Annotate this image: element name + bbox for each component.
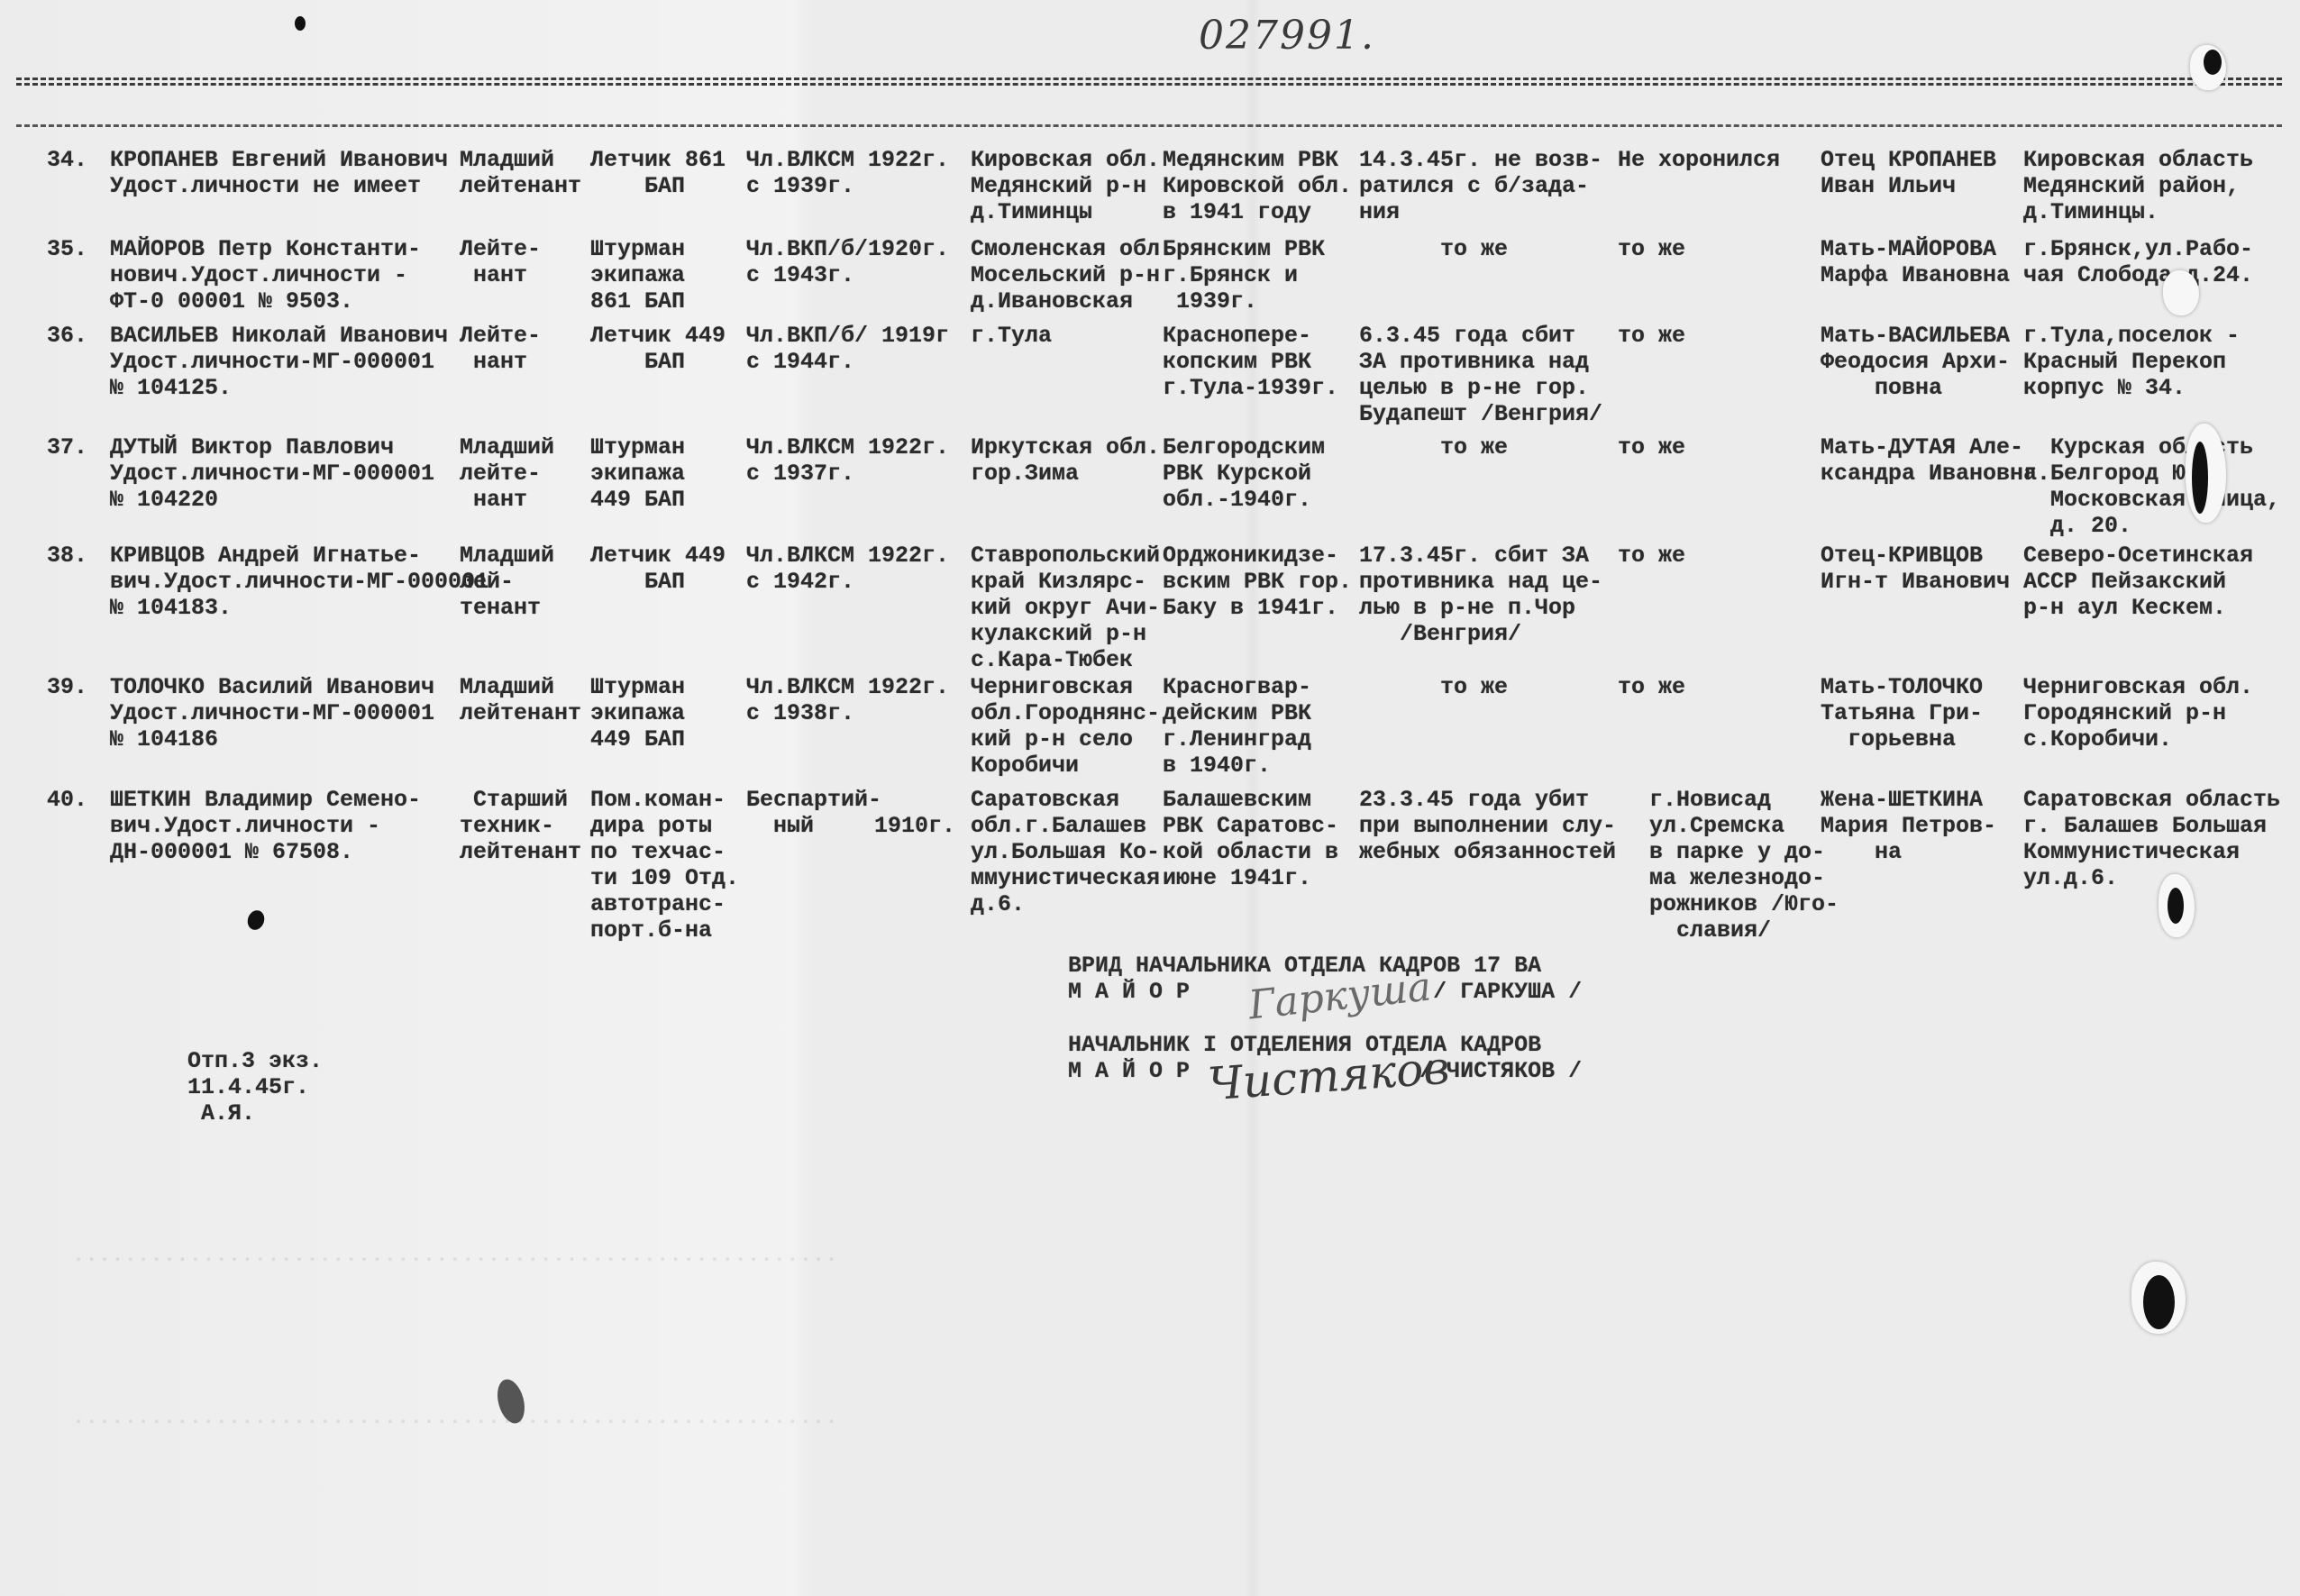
draft-office: Белгородским РВК Курской обл.-1940г. <box>1163 434 1325 513</box>
death-info: 14.3.45г. не возв- ратился с б/зада- ния <box>1359 147 1602 225</box>
copy-note: Отп.3 экз. 11.4.45г. А.Я. <box>187 1048 323 1126</box>
paper-hole <box>2163 270 2199 315</box>
death-info: 23.3.45 года убит при выполнении слу- же… <box>1359 787 1616 865</box>
draft-office: Краснопере- копским РВК г.Тула-1939г. <box>1163 323 1338 401</box>
copy-note-line: 11.4.45г. <box>187 1074 323 1100</box>
next-of-kin: Мать-ТОЛОЧКО Татьяна Гри- горьевна <box>1821 674 1983 752</box>
party-membership: Чл.ВЛКСМ 1922г. с 1938г. <box>746 674 949 726</box>
position: Летчик 861 БАП <box>590 147 726 199</box>
person-name: КРОПАНЕВ Евгений Иванович Удост.личности… <box>110 147 448 199</box>
person-name: МАЙОРОВ Петр Константи- нович.Удост.личн… <box>110 236 421 315</box>
party-membership: Беспартий- ный <box>746 787 881 839</box>
row-number: 38. <box>47 543 87 569</box>
ink-stain <box>245 908 267 933</box>
person-name: ДУТЫЙ Виктор Павлович Удост.личности-МГ-… <box>110 434 434 513</box>
burial-place: то же <box>1618 236 1685 262</box>
military-rank: Старший техник- лейтенант <box>460 787 581 865</box>
row-number: 36. <box>47 323 87 349</box>
next-of-kin: Мать-ВАСИЛЬЕВА Феодосия Архи- повна <box>1821 323 2010 401</box>
birthplace: Смоленская обл. Мосельский р-н д.Ивановс… <box>971 236 1173 315</box>
draft-office: Орджоникидзе- вским РВК гор. Баку в 1941… <box>1163 543 1352 621</box>
person-name: КРИВЦОВ Андрей Игнатье- вич.Удост.личнос… <box>110 543 488 621</box>
position: Штурман экипажа 449 БАП <box>590 674 685 752</box>
kin-address: г.Тула,поселок - Красный Перекоп корпус … <box>2023 323 2240 401</box>
kin-address: Курская область г.Белгород Юно- Московск… <box>2023 434 2280 539</box>
ink-stain <box>2168 888 2184 924</box>
row-number: 40. <box>47 787 87 813</box>
position: Летчик 449 БАП <box>590 543 726 595</box>
bleed-through-text: ........................................… <box>72 1244 838 1268</box>
position: Штурман экипажа 449 БАП <box>590 434 685 513</box>
birthplace: Иркутская обл. гор.Зима <box>971 434 1160 487</box>
burial-place: то же <box>1618 674 1685 700</box>
next-of-kin: Мать-МАЙОРОВА Марфа Ивановна <box>1821 236 2010 288</box>
next-of-kin: Жена-ШЕТКИНА Мария Петров- на <box>1821 787 1996 865</box>
military-rank: Лейте- нант <box>460 236 541 288</box>
military-rank: Младший лейтенант <box>460 147 581 199</box>
ink-stain <box>2192 442 2208 514</box>
death-info: 6.3.45 года сбит ЗА противника над целью… <box>1359 323 1602 427</box>
row-number: 34. <box>47 147 87 173</box>
birth-year: 1910г. <box>874 813 955 839</box>
person-name: ВАСИЛЬЕВ Николай Иванович Удост.личности… <box>110 323 448 401</box>
death-info: то же <box>1359 674 1508 700</box>
next-of-kin: Отец-КРИВЦОВ Игн-т Иванович <box>1821 543 2010 595</box>
copy-note-line: А.Я. <box>187 1100 323 1126</box>
copy-note-line: Отп.3 экз. <box>187 1048 323 1074</box>
birthplace: Черниговская обл.Городнянс- кий р-н село… <box>971 674 1160 779</box>
burial-place: то же <box>1618 543 1685 569</box>
header-double-rule <box>16 78 2282 80</box>
party-membership: Чл.ВЛКСМ 1922г. с 1937г. <box>746 434 949 487</box>
military-rank: Младший лейте- нант <box>460 434 554 513</box>
burial-place: то же <box>1618 434 1685 461</box>
ink-stain <box>295 16 306 31</box>
header-double-rule <box>16 83 2282 86</box>
death-info: то же <box>1359 434 1508 461</box>
draft-office: Брянским РВК г.Брянск и 1939г. <box>1163 236 1325 315</box>
next-of-kin: Мать-ДУТАЯ Але- ксандра Ивановна <box>1821 434 2037 487</box>
party-membership: Чл.ВЛКСМ 1922г. с 1942г. <box>746 543 949 595</box>
party-membership: Чл.ВКП/б/ 1919г с 1944г. <box>746 323 949 375</box>
bleed-through-text: ........................................… <box>72 1406 838 1430</box>
kin-address: Северо-Осетинская АССР Пейзакский р-н ау… <box>2023 543 2253 621</box>
row-number: 39. <box>47 674 87 700</box>
burial-place: то же <box>1618 323 1685 349</box>
military-rank: Младший лейтенант <box>460 674 581 726</box>
person-name: ТОЛОЧКО Василий Иванович Удост.личности-… <box>110 674 434 752</box>
party-membership: Чл.ВКП/б/1920г. с 1943г. <box>746 236 949 288</box>
kin-address: Саратовская область г. Балашев Большая К… <box>2023 787 2280 891</box>
next-of-kin: Отец КРОПАНЕВ Иван Ильич <box>1821 147 1996 199</box>
position: Штурман экипажа 861 БАП <box>590 236 685 315</box>
kin-address: Кировская область Медянский район, д.Тим… <box>2023 147 2253 225</box>
military-rank: Лейте- нант <box>460 323 541 375</box>
document-number: 027991. <box>1199 13 1375 59</box>
draft-office: Медянским РВК Кировской обл. в 1941 году <box>1163 147 1352 225</box>
burial-place: Не хоронился <box>1618 147 1780 173</box>
position: Пом.коман- дира роты по техчас- ти 109 О… <box>590 787 739 944</box>
birthplace: Ставропольский край Кизлярс- кий округ А… <box>971 543 1160 673</box>
kin-address: г.Брянск,ул.Рабо- чая Слобода д.24. <box>2023 236 2253 288</box>
header-separator-rule <box>16 124 2282 127</box>
birthplace: Кировская обл. Медянский р-н д.Тиминцы <box>971 147 1160 225</box>
death-info: 17.3.45г. сбит ЗА противника над це- лью… <box>1359 543 1602 647</box>
document-page: ........................................… <box>0 0 2300 1596</box>
draft-office: Красногвар- дейским РВК г.Ленинград в 19… <box>1163 674 1311 779</box>
military-rank: Младший лей- тенант <box>460 543 554 621</box>
death-info: то же <box>1359 236 1508 262</box>
draft-office: Балашевским РВК Саратовс- кой области в … <box>1163 787 1338 891</box>
party-membership: Чл.ВЛКСМ 1922г. с 1939г. <box>746 147 949 199</box>
ink-stain <box>2143 1275 2175 1329</box>
person-name: ШЕТКИН Владимир Семено- вич.Удост.личнос… <box>110 787 421 865</box>
birthplace: г.Тула <box>971 323 1052 349</box>
row-number: 35. <box>47 236 87 262</box>
burial-place: г.Новисад ул.Сремска в парке у до- ма же… <box>1649 787 1839 944</box>
ink-stain <box>2204 50 2222 75</box>
row-number: 37. <box>47 434 87 461</box>
kin-address: Черниговская обл. Городянский р-н с.Коро… <box>2023 674 2253 752</box>
position: Летчик 449 БАП <box>590 323 726 375</box>
birthplace: Саратовская обл.г.Балашев ул.Большая Ко-… <box>971 787 1160 917</box>
